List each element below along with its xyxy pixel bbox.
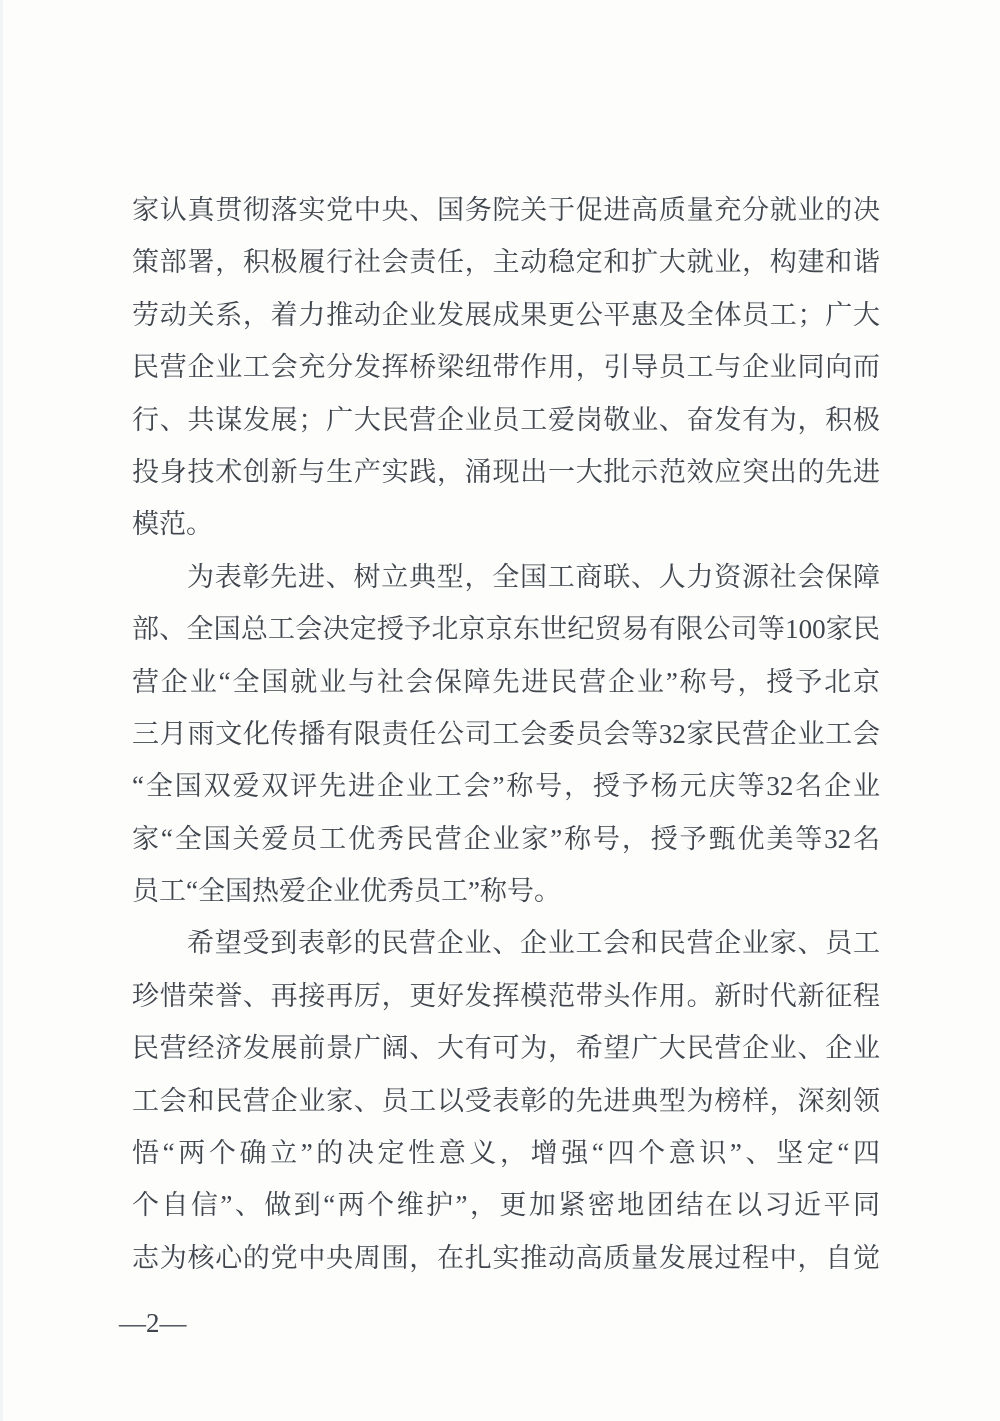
scanned-document-page: 家认真贯彻落实党中央、国务院关于促进高质量充分就业的决 策部署，积极履行社会责任…	[0, 0, 1000, 1421]
body-text: 家认真贯彻落实党中央、国务院关于促进高质量充分就业的决 策部署，积极履行社会责任…	[132, 184, 880, 1284]
text-line-paragraph-end: 员工“全国热爱企业优秀员工”称号。	[132, 865, 880, 917]
page-number: —2—	[119, 1303, 187, 1343]
text-line: “全国双爱双评先进企业工会”称号，授予杨元庆等32名企业	[132, 760, 880, 812]
text-line: 工会和民营企业家、员工以受表彰的先进典型为榜样，深刻领	[132, 1075, 880, 1127]
text-line-paragraph-end: 模范。	[132, 498, 880, 550]
text-line: 劳动关系，着力推动企业发展成果更公平惠及全体员工；广大	[132, 289, 880, 341]
text-line: 部、全国总工会决定授予北京京东世纪贸易有限公司等100家民	[132, 603, 880, 655]
text-line: 策部署，积极履行社会责任，主动稳定和扩大就业，构建和谐	[132, 236, 880, 288]
text-line: 悟“两个确立”的决定性意义，增强“四个意识”、坚定“四	[132, 1127, 880, 1179]
text-line: 家认真贯彻落实党中央、国务院关于促进高质量充分就业的决	[132, 184, 880, 236]
text-line: 投身技术创新与生产实践，涌现出一大批示范效应突出的先进	[132, 446, 880, 498]
text-line-paragraph-start: 希望受到表彰的民营企业、企业工会和民营企业家、员工	[132, 917, 880, 969]
text-line: 三月雨文化传播有限责任公司工会委员会等32家民营企业工会	[132, 708, 880, 760]
text-line: 家“全国关爱员工优秀民营企业家”称号，授予甄优美等32名	[132, 813, 880, 865]
text-line: 志为核心的党中央周围，在扎实推动高质量发展过程中，自觉	[132, 1232, 880, 1284]
text-line: 行、共谋发展；广大民营企业员工爱岗敬业、奋发有为，积极	[132, 394, 880, 446]
text-line: 营企业“全国就业与社会保障先进民营企业”称号，授予北京	[132, 656, 880, 708]
text-line: 民营企业工会充分发挥桥梁纽带作用，引导员工与企业同向而	[132, 341, 880, 393]
text-line-paragraph-start: 为表彰先进、树立典型，全国工商联、人力资源社会保障	[132, 551, 880, 603]
text-line: 民营经济发展前景广阔、大有可为，希望广大民营企业、企业	[132, 1022, 880, 1074]
text-line: 珍惜荣誉、再接再厉，更好发挥模范带头作用。新时代新征程	[132, 970, 880, 1022]
scan-edge-artifact	[0, 0, 3, 1421]
text-line: 个自信”、做到“两个维护”，更加紧密地团结在以习近平同	[132, 1179, 880, 1231]
